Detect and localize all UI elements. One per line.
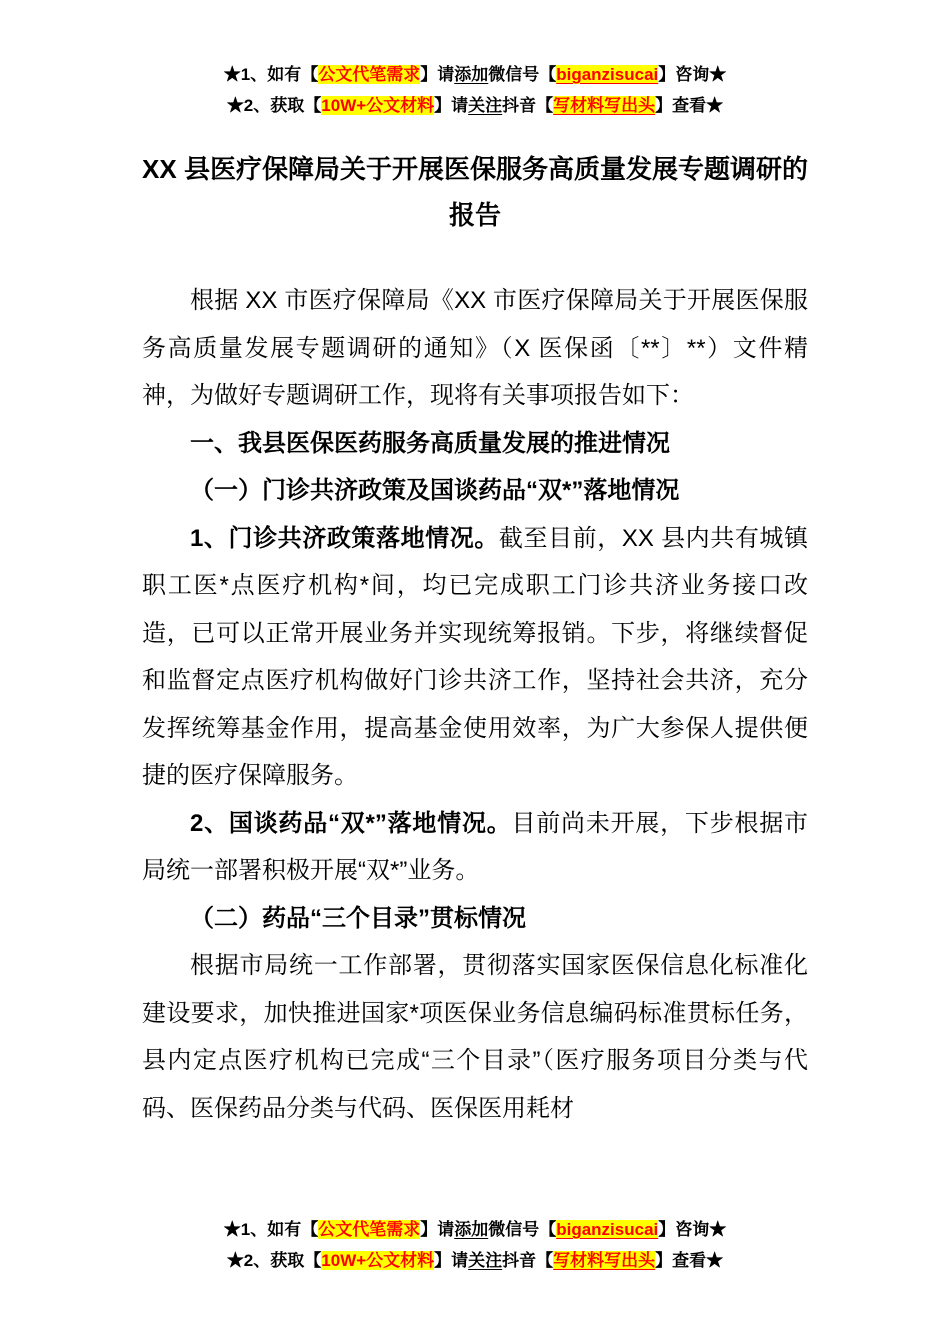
paragraph-three-catalogs: 根据市局统一工作部署，贯彻落实国家医保信息化标准化建设要求，加快推进国家*项医保… [142, 942, 808, 1132]
paragraph-outpatient-rest: 截至目前，XX 县内共有城镇职工医*点医疗机构*间，均已完成职工门诊共济业务接口… [142, 525, 808, 790]
promo-wechat-id: biganzisucai [556, 65, 658, 84]
promo-highlight-materials: 10W+公文材料 [321, 1251, 434, 1270]
document-title: XX 县医疗保障局关于开展医保服务高质量发展专题调研的报告 [135, 146, 815, 238]
promo-highlight-materials: 10W+公文材料 [321, 96, 434, 115]
promo-header-line-1: ★1、如有【公文代笔需求】请添加微信号【biganzisucai】咨询★ [0, 59, 950, 90]
promo-text: 抖音【 [502, 1251, 553, 1270]
promo-footer-line-2: ★2、获取【10W+公文材料】请关注抖音【写材料写出头】查看★ [0, 1245, 950, 1276]
promo-text: ★1、如有【 [224, 1220, 318, 1239]
promo-text: ★1、如有【 [224, 65, 318, 84]
promo-douyin-id: 写材料写出头 [553, 1251, 655, 1270]
promo-text: 】请 [420, 1220, 454, 1239]
promo-underline-add: 添加 [454, 65, 488, 84]
promo-wechat-id: biganzisucai [556, 1220, 658, 1239]
promo-text: 微信号【 [488, 1220, 556, 1239]
promo-text: ★2、获取【 [227, 1251, 321, 1270]
promo-header: ★1、如有【公文代笔需求】请添加微信号【biganzisucai】咨询★ ★2、… [0, 59, 950, 121]
heading-subsection-1-2: （二）药品“三个目录”贯标情况 [142, 895, 808, 943]
heading-section-1: 一、我县医保医药服务高质量发展的推进情况 [142, 420, 808, 468]
paragraph-negotiated-drugs: 2、国谈药品“双*”落地情况。目前尚未开展，下步根据市局统一部署积极开展“双*”… [142, 800, 808, 895]
promo-highlight-writing-service: 公文代笔需求 [318, 65, 420, 84]
paragraph-intro: 根据 XX 市医疗保障局《XX 市医疗保障局关于开展医保服务高质量发展专题调研的… [142, 277, 808, 420]
document-body: 根据 XX 市医疗保障局《XX 市医疗保障局关于开展医保服务高质量发展专题调研的… [142, 277, 808, 1132]
promo-douyin-id: 写材料写出头 [553, 96, 655, 115]
promo-text: 】请 [434, 96, 468, 115]
promo-text: 微信号【 [488, 65, 556, 84]
paragraph-outpatient-lead: 1、门诊共济政策落地情况。 [190, 525, 499, 552]
promo-footer: ★1、如有【公文代笔需求】请添加微信号【biganzisucai】咨询★ ★2、… [0, 1214, 950, 1276]
promo-text: 】请 [434, 1251, 468, 1270]
paragraph-drugs-lead: 2、国谈药品“双*”落地情况。 [190, 810, 512, 837]
promo-text: 】查看★ [655, 96, 723, 115]
promo-text: 】请 [420, 65, 454, 84]
promo-highlight-writing-service: 公文代笔需求 [318, 1220, 420, 1239]
promo-text: 】查看★ [655, 1251, 723, 1270]
promo-header-line-2: ★2、获取【10W+公文材料】请关注抖音【写材料写出头】查看★ [0, 90, 950, 121]
promo-text: ★2、获取【 [227, 96, 321, 115]
promo-underline-follow: 关注 [468, 96, 502, 115]
heading-subsection-1-1: （一）门诊共济政策及国谈药品“双*”落地情况 [142, 467, 808, 515]
document-page: ★1、如有【公文代笔需求】请添加微信号【biganzisucai】咨询★ ★2、… [0, 0, 950, 1344]
promo-underline-follow: 关注 [468, 1251, 502, 1270]
promo-text: 】咨询★ [658, 65, 726, 84]
promo-footer-line-1: ★1、如有【公文代笔需求】请添加微信号【biganzisucai】咨询★ [0, 1214, 950, 1245]
paragraph-outpatient-policy: 1、门诊共济政策落地情况。截至目前，XX 县内共有城镇职工医*点医疗机构*间，均… [142, 515, 808, 800]
promo-text: 抖音【 [502, 96, 553, 115]
promo-text: 】咨询★ [658, 1220, 726, 1239]
promo-underline-add: 添加 [454, 1220, 488, 1239]
